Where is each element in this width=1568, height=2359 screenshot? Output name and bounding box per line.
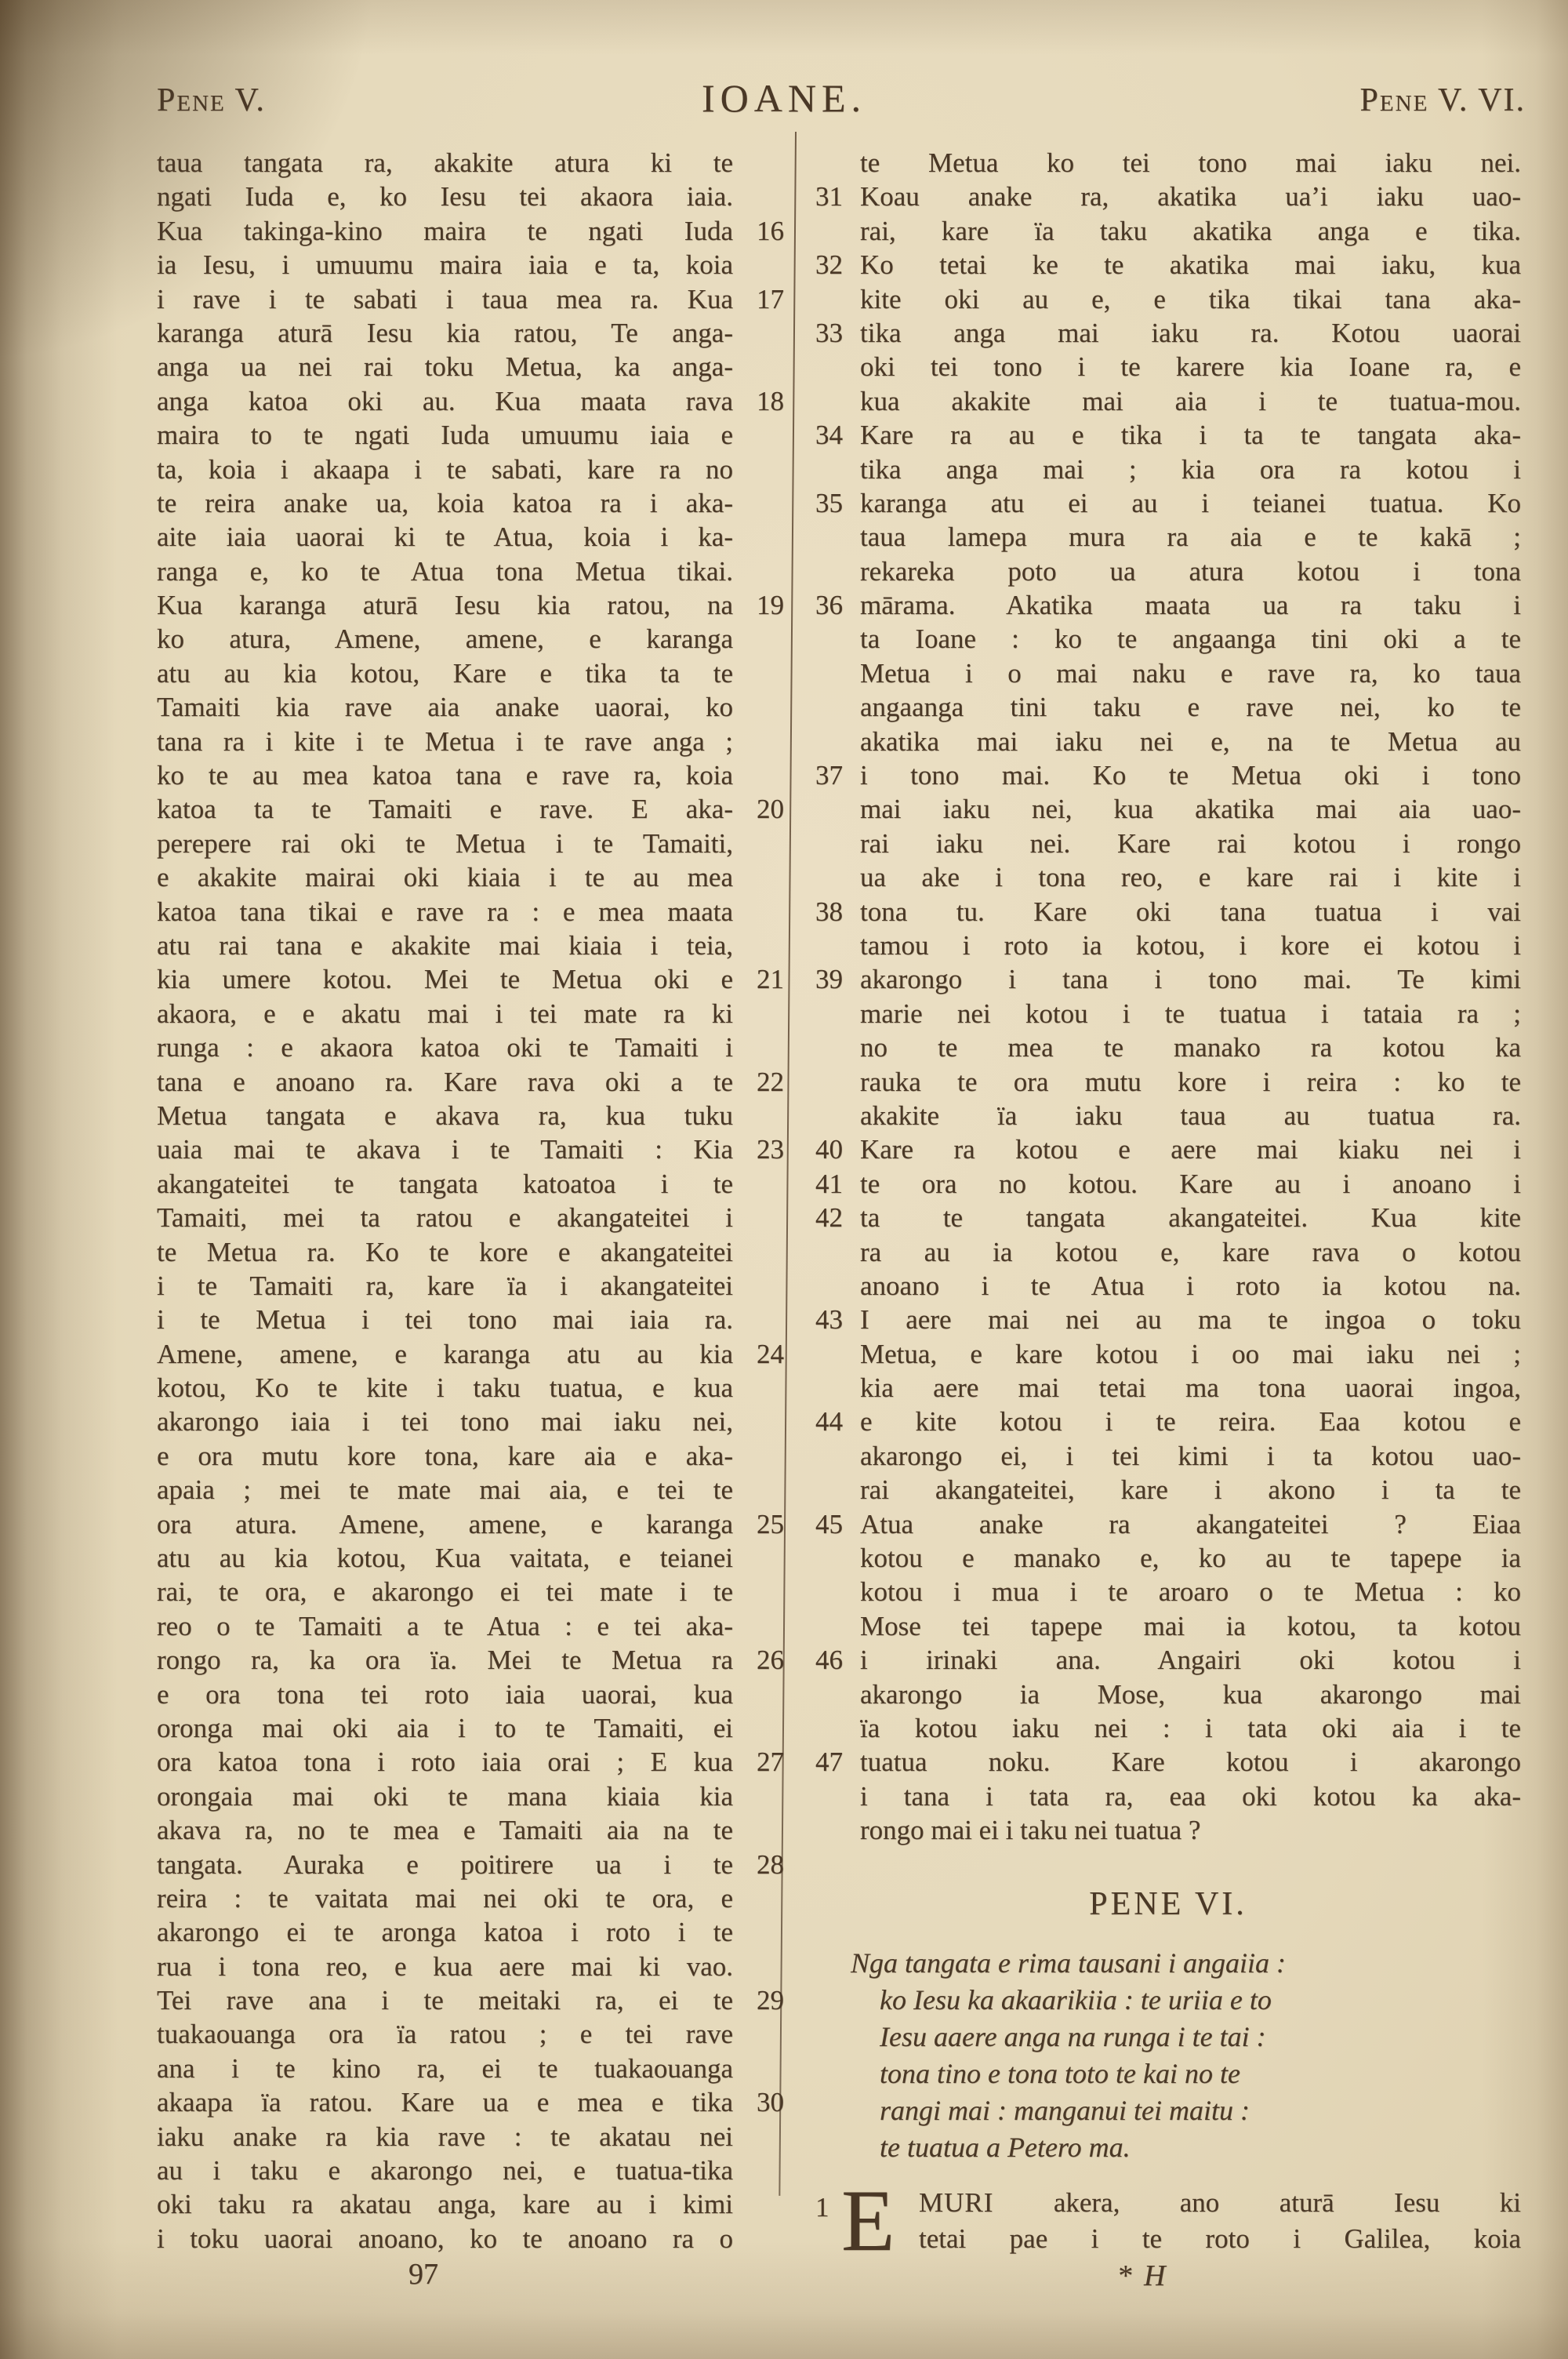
text-line: akarongo ei, i tei kimi i ta kotou uao-: [815, 1439, 1521, 1473]
chapter-heading: PENE VI.: [815, 1885, 1521, 1923]
text-line: aite iaia uaorai ki te Atua, koia i ka-: [157, 520, 784, 554]
line-text: tamou i roto ia kotou, i kore ei kotou i: [860, 929, 1521, 962]
text-line: akarongo ei te aronga katoa i roto i te: [157, 1915, 784, 1949]
text-line: akarongo ia Mose, kua akarongo mai: [815, 1677, 1521, 1711]
verse-number: 22: [741, 1065, 784, 1099]
text-line: 22tana e anoano ra. Kare rava oki a te: [157, 1065, 784, 1099]
summary-line: Iesu aaere anga na runga i te tai :: [851, 2019, 1525, 2055]
line-text: kotou, Ko te kite i taku tuatua, e kua: [157, 1371, 733, 1405]
text-line: 34Kare ra au e tika i ta te tangata aka-: [815, 418, 1521, 452]
line-text: ta, koia i akaapa i te sabati, kare ra n…: [157, 453, 733, 486]
verse-number: 41: [815, 1167, 856, 1201]
line-text: uaia mai te akava i te Tamaiti : Kia: [157, 1132, 733, 1166]
line-text: Kua karanga aturā Iesu kia ratou, na: [157, 588, 733, 622]
line-text: karanga atu ei au i teianei tuatua. Ko: [860, 486, 1521, 520]
verse-number: 1: [815, 2190, 829, 2226]
line-text: e ora tona tei roto iaia uaorai, kua: [157, 1677, 733, 1711]
line-text: rongo mai ei i taku nei tuatua ?: [860, 1813, 1521, 1847]
text-line: mai iaku nei, kua akatika mai aia uao-: [815, 792, 1521, 826]
text-line: ïa kotou iaku nei : i tata oki aia i te: [815, 1711, 1521, 1745]
line-text: reira : te vaitata mai nei oki te ora, e: [157, 1881, 733, 1915]
text-line: 46i irinaki ana. Angairi oki kotou i: [815, 1643, 1521, 1677]
line-text: Mose tei tapepe mai ia kotou, ta kotou: [860, 1609, 1521, 1643]
line-text: akakite ïa iaku taua au tuatua ra.: [860, 1099, 1521, 1132]
text-line: tana ra i kite i te Metua i te rave anga…: [157, 725, 784, 758]
text-line: iaku anake ra kia rave : te akatau nei: [157, 2120, 784, 2154]
text-line: marie nei kotou i te tuatua i tataia ra …: [815, 997, 1521, 1030]
line-text: ngati Iuda e, ko Iesu tei akaora iaia.: [157, 180, 733, 213]
text-line: 39akarongo i tana i tono mai. Te kimi: [815, 962, 1521, 996]
text-line: atu rai tana e akakite mai kiaia i teia,: [157, 929, 784, 962]
line-text: e ora mutu kore tona, kare aia e aka-: [157, 1439, 733, 1473]
text-line: 43I aere mai nei au ma te ingoa o toku: [815, 1303, 1521, 1336]
line-text: kite oki au e, e tika tikai tana aka-: [860, 282, 1521, 316]
verse-number: 42: [815, 1201, 856, 1234]
text-line: 35karanga atu ei au i teianei tuatua. Ko: [815, 486, 1521, 520]
text-line: kotou, Ko te kite i taku tuatua, e kua: [157, 1371, 784, 1405]
summary-line: tona tino e tona toto te kai no te: [851, 2055, 1525, 2092]
verse-number: 43: [815, 1303, 856, 1336]
text-line: 38tona tu. Kare oki tana tuatua i vai: [815, 895, 1521, 929]
page-number: 97: [376, 2257, 470, 2292]
book-page: Pene V. IOANE. Pene V. VI. taua tangata …: [0, 0, 1568, 2359]
text-line: perepere rai oki te Metua i te Tamaiti,: [157, 827, 784, 860]
text-line: te reira anake ua, koia katoa ra i aka-: [157, 486, 784, 520]
line-text: akarongo ia Mose, kua akarongo mai: [860, 1677, 1521, 1711]
text-line: akarongo iaia i tei tono mai iaku nei,: [157, 1405, 784, 1438]
line-text: Tamaiti, mei ta ratou e akangateitei i: [157, 1201, 733, 1234]
line-text: ko te au mea katoa tana e rave ra, koia: [157, 758, 733, 792]
text-line: atu au kia kotou, Kare e tika ta te: [157, 656, 784, 690]
running-head-title: IOANE.: [0, 75, 1568, 121]
line-text: i rave i te sabati i taua mea ra. Kua: [157, 282, 733, 316]
line-text: tana ra i kite i te Metua i te rave anga…: [157, 725, 733, 758]
text-line: rai, te ora, e akarongo ei tei mate i te: [157, 1575, 784, 1608]
line-text: mai iaku nei, kua akatika mai aia uao-: [860, 792, 1521, 826]
text-line: rua i tona reo, e kua aere mai ki vao.: [157, 1950, 784, 1983]
line-text: iaku anake ra kia rave : te akatau nei: [157, 2120, 733, 2154]
line-text: no te mea te manako ra kotou ka: [860, 1030, 1521, 1064]
line-text: katoa tana tikai e rave ra : e mea maata: [157, 895, 733, 929]
line-text: kia aere mai tetai ma tona uaorai ingoa,: [860, 1371, 1521, 1405]
text-line: rai iaku nei. Kare rai kotou i rongo: [815, 827, 1521, 860]
text-line: atu au kia kotou, Kua vaitata, e teianei: [157, 1541, 784, 1575]
verse-number: 38: [815, 895, 856, 929]
text-line: Metua tangata e akava ra, kua tuku: [157, 1099, 784, 1132]
line-text: kia umere kotou. Mei te Metua oki e: [157, 962, 733, 996]
line-text: Amene, amene, e karanga atu au kia: [157, 1337, 733, 1371]
summary-line: ko Iesu ka akaarikiia : te uriia e to: [851, 1982, 1525, 2019]
line-text: anoano i te Atua i roto ia kotou na.: [860, 1269, 1521, 1303]
text-line: taua tangata ra, akakite atura ki te: [157, 146, 784, 180]
text-line: katoa tana tikai e rave ra : e mea maata: [157, 895, 784, 929]
verse-number: 44: [815, 1405, 856, 1438]
text-line: e ora mutu kore tona, kare aia e aka-: [157, 1439, 784, 1473]
line-text: akaapa ïa ratou. Kare ua e mea e tika: [157, 2085, 733, 2119]
text-line: kua akakite mai aia i te tuatua-mou.: [815, 384, 1521, 418]
line-text: Tamaiti kia rave aia anake uaorai, ko: [157, 690, 733, 724]
line-text: akava ra, no te mea e Tamaiti aia na te: [157, 1813, 733, 1847]
text-line: ngati Iuda e, ko Iesu tei akaora iaia.: [157, 180, 784, 213]
line-text: atu au kia kotou, Kua vaitata, e teianei: [157, 1541, 733, 1575]
text-line: ia Iesu, i umuumu maira iaia e ta, koia: [157, 248, 784, 282]
text-line: e akakite mairai oki kiaia i te au mea: [157, 860, 784, 894]
line-text: tuakaouanga ora ïa ratou ; e tei rave: [157, 2017, 733, 2051]
text-line: karanga aturā Iesu kia ratou, Te anga-: [157, 316, 784, 350]
line-text: akaora, e e akatu mai i tei mate ra ki: [157, 997, 733, 1030]
line-text: i tono mai. Ko te Metua oki i tono: [860, 758, 1521, 792]
line-text: i te Metua i tei tono mai iaia ra.: [157, 1303, 733, 1336]
line-text: katoa ta te Tamaiti e rave. E aka-: [157, 792, 733, 826]
text-line: Tamaiti, mei ta ratou e akangateitei i: [157, 1201, 784, 1234]
text-line: 41te ora no kotou. Kare au i anoano i: [815, 1167, 1521, 1201]
line-text: akarongo i tana i tono mai. Te kimi: [860, 962, 1521, 996]
text-line: oki taku ra akatau anga, kare au i kimi: [157, 2187, 784, 2221]
line-text: maira to te ngati Iuda umuumu iaia e: [157, 418, 733, 452]
text-line: ta, koia i akaapa i te sabati, kare ra n…: [157, 453, 784, 486]
verse-number: 24: [741, 1337, 784, 1371]
line-text: oki taku ra akatau anga, kare au i kimi: [157, 2187, 733, 2221]
text-line: te Metua ra. Ko te kore e akangateitei: [157, 1235, 784, 1269]
text-line: kia aere mai tetai ma tona uaorai ingoa,: [815, 1371, 1521, 1405]
drop-cap: E: [841, 2185, 895, 2257]
line-text: ora atura. Amene, amene, e karanga: [157, 1507, 733, 1541]
verse-number: 28: [741, 1848, 784, 1881]
text-line: rongo mai ei i taku nei tuatua ?: [815, 1813, 1521, 1847]
line-text: rongo ra, ka ora ïa. Mei te Metua ra: [157, 1643, 733, 1677]
line-text: apaia ; mei te mate mai aia, e tei te: [157, 1473, 733, 1507]
line-text: akarongo ei, i tei kimi i ta kotou uao-: [860, 1439, 1521, 1473]
text-line: akaora, e e akatu mai i tei mate ra ki: [157, 997, 784, 1030]
line-text: ranga e, ko te Atua tona Metua tikai.: [157, 554, 733, 588]
text-line: tika anga mai ; kia ora ra kotou i: [815, 453, 1521, 486]
line-text: oki tei tono i te karere kia Ioane ra, e: [860, 350, 1521, 383]
text-line: 21kia umere kotou. Mei te Metua oki e: [157, 962, 784, 996]
verse-number: 16: [741, 214, 784, 248]
line-text: Koau anake ra, akatika ua’i iaku uao-: [860, 180, 1521, 213]
line-text: marie nei kotou i te tuatua i tataia ra …: [860, 997, 1521, 1030]
line-text: te Metua ra. Ko te kore e akangateitei: [157, 1235, 733, 1269]
verse-number: 46: [815, 1643, 856, 1677]
verse-number: 32: [815, 248, 856, 282]
line-text: anga katoa oki au. Kua maata rava: [157, 384, 733, 418]
text-line: ko atura, Amene, amene, e karanga: [157, 622, 784, 656]
text-line: MURI akera, ano aturā Iesu ki: [919, 2185, 1521, 2221]
text-line: 31Koau anake ra, akatika ua’i iaku uao-: [815, 180, 1521, 213]
line-text: aite iaia uaorai ki te Atua, koia i ka-: [157, 520, 733, 554]
text-line: runga : e akaora katoa oki te Tamaiti i: [157, 1030, 784, 1064]
verse-number: 23: [741, 1132, 784, 1166]
text-line: rauka te ora mutu kore i reira : ko te: [815, 1065, 1521, 1099]
verse-number: 18: [741, 384, 784, 418]
verse-number: 21: [741, 962, 784, 996]
text-line: tuakaouanga ora ïa ratou ; e tei rave: [157, 2017, 784, 2051]
line-text: au i taku e akarongo nei, e tuatua-tika: [157, 2154, 733, 2187]
line-text: ta te tangata akangateitei. Kua kite: [860, 1201, 1521, 1234]
text-line: rai akangateitei, kare i akono i ta te: [815, 1473, 1521, 1507]
line-text: tika anga mai iaku ra. Kotou uaorai: [860, 316, 1521, 350]
line-text: ïa kotou iaku nei : i tata oki aia i te: [860, 1711, 1521, 1745]
text-column-right: te Metua ko tei tono mai iaku nei.31Koau…: [815, 146, 1521, 1848]
verse-number: 30: [741, 2085, 784, 2119]
text-line: anoano i te Atua i roto ia kotou na.: [815, 1269, 1521, 1303]
line-text: i tana i tata ra, eaa oki kotou ka aka-: [860, 1779, 1521, 1813]
line-text: karanga aturā Iesu kia ratou, Te anga-: [157, 316, 733, 350]
text-line: te Metua ko tei tono mai iaku nei.: [815, 146, 1521, 180]
text-line: akangateitei te tangata katoatoa i te: [157, 1167, 784, 1201]
text-line: Tamaiti kia rave aia anake uaorai, ko: [157, 690, 784, 724]
verse-number: 34: [815, 418, 856, 452]
text-line: 28tangata. Auraka e poitirere ua i te: [157, 1848, 784, 1881]
line-text: Kua takinga-kino maira te ngati Iuda: [157, 214, 733, 248]
line-text: mārama. Akatika maata ua ra taku i: [860, 588, 1521, 622]
line-text: atu au kia kotou, Kare e tika ta te: [157, 656, 733, 690]
line-text: Tei rave ana i te meitaki ra, ei te: [157, 1983, 733, 2017]
verse-number: 47: [815, 1745, 856, 1779]
verse-number: 31: [815, 180, 856, 213]
line-text: tana e anoano ra. Kare rava oki a te: [157, 1065, 733, 1099]
text-line: 17i rave i te sabati i taua mea ra. Kua: [157, 282, 784, 316]
line-text: ua ake i tona reo, e kare rai i kite i: [860, 860, 1521, 894]
text-line: reo o te Tamaiti a te Atua : e tei aka-: [157, 1609, 784, 1643]
text-line: au i taku e akarongo nei, e tuatua-tika: [157, 2154, 784, 2187]
line-text: reo o te Tamaiti a te Atua : e tei aka-: [157, 1609, 733, 1643]
text-line: 18anga katoa oki au. Kua maata rava: [157, 384, 784, 418]
text-line: kite oki au e, e tika tikai tana aka-: [815, 282, 1521, 316]
line-text: runga : e akaora katoa oki te Tamaiti i: [157, 1030, 733, 1064]
line-text: Ko tetai ke te akatika mai iaku, kua: [860, 248, 1521, 282]
line-text: rai iaku nei. Kare rai kotou i rongo: [860, 827, 1521, 860]
text-line: ta Ioane : ko te angaanga tini oki a te: [815, 622, 1521, 656]
line-text: Metua, e kare kotou i oo mai iaku nei ;: [860, 1337, 1521, 1371]
text-line: e ora tona tei roto iaia uaorai, kua: [157, 1677, 784, 1711]
verse-number: 27: [741, 1745, 784, 1779]
text-line: i tana i tata ra, eaa oki kotou ka aka-: [815, 1779, 1521, 1813]
text-line: i toku uaorai anoano, ko te anoano ra o: [157, 2222, 784, 2255]
text-line: Metua, e kare kotou i oo mai iaku nei ;: [815, 1337, 1521, 1371]
text-line: Metua i o mai naku e rave ra, ko taua: [815, 656, 1521, 690]
summary-line: rangi mai : manganui tei maitu :: [851, 2092, 1525, 2129]
text-line: ana i te kino ra, ei te tuakaouanga: [157, 2052, 784, 2085]
text-line: akakite ïa iaku taua au tuatua ra.: [815, 1099, 1521, 1132]
line-text: angaanga tini taku e rave nei, ko te: [860, 690, 1521, 724]
text-line: 45Atua anake ra akangateitei ? Eiaa: [815, 1507, 1521, 1541]
line-text: I aere mai nei au ma te ingoa o toku: [860, 1303, 1521, 1336]
line-text: i irinaki ana. Angairi oki kotou i: [860, 1643, 1521, 1677]
text-line: 27ora katoa tona i roto iaia orai ; E ku…: [157, 1745, 784, 1779]
verse-number: 29: [741, 1983, 784, 2017]
line-text: Atua anake ra akangateitei ? Eiaa: [860, 1507, 1521, 1541]
line-text: ia Iesu, i umuumu maira iaia e ta, koia: [157, 248, 733, 282]
line-text: akangateitei te tangata katoatoa i te: [157, 1167, 733, 1201]
verse-number: 19: [741, 588, 784, 622]
line-text: taua tangata ra, akakite atura ki te: [157, 146, 733, 180]
chapter-summary: Nga tangata e rima tausani i angaiia :ko…: [851, 1945, 1525, 2166]
line-text: rai akangateitei, kare i akono i ta te: [860, 1473, 1521, 1507]
text-line: 30akaapa ïa ratou. Kare ua e mea e tika: [157, 2085, 784, 2119]
line-text: ko atura, Amene, amene, e karanga: [157, 622, 733, 656]
verse-number: 35: [815, 486, 856, 520]
text-line: 36mārama. Akatika maata ua ra taku i: [815, 588, 1521, 622]
text-line: 33tika anga mai iaku ra. Kotou uaorai: [815, 316, 1521, 350]
text-line: rekareka poto ua atura kotou i tona: [815, 554, 1521, 588]
text-line: 24Amene, amene, e karanga atu au kia: [157, 1337, 784, 1371]
text-line: Mose tei tapepe mai ia kotou, ta kotou: [815, 1609, 1521, 1643]
text-column-left: taua tangata ra, akakite atura ki tengat…: [157, 146, 784, 2255]
line-text: ta Ioane : ko te angaanga tini oki a te: [860, 622, 1521, 656]
text-line: 19Kua karanga aturā Iesu kia ratou, na: [157, 588, 784, 622]
line-text: kua akakite mai aia i te tuatua-mou.: [860, 384, 1521, 418]
line-text: tangata. Auraka e poitirere ua i te: [157, 1848, 733, 1881]
line-text: orongaia mai oki te mana kiaia kia: [157, 1779, 733, 1813]
line-text: Metua i o mai naku e rave ra, ko taua: [860, 656, 1521, 690]
verse-number: 17: [741, 282, 784, 316]
text-line: 16Kua takinga-kino maira te ngati Iuda: [157, 214, 784, 248]
line-text: rai, kare ïa taku akatika anga e tika.: [860, 214, 1521, 248]
line-text: te reira anake ua, koia katoa ra i aka-: [157, 486, 733, 520]
line-text: te ora no kotou. Kare au i anoano i: [860, 1167, 1521, 1201]
text-line: 44e kite kotou i te reira. Eaa kotou e: [815, 1405, 1521, 1438]
text-line: taua lamepa mura ra aia e te kakā ;: [815, 520, 1521, 554]
text-line: akatika mai iaku nei e, na te Metua au: [815, 725, 1521, 758]
text-line: rai, kare ïa taku akatika anga e tika.: [815, 214, 1521, 248]
text-line: apaia ; mei te mate mai aia, e tei te: [157, 1473, 784, 1507]
first-word-caps: MURI: [919, 2187, 993, 2218]
line-text: atu rai tana e akakite mai kiaia i teia,: [157, 929, 733, 962]
text-line: 42ta te tangata akangateitei. Kua kite: [815, 1201, 1521, 1234]
text-line: anga ua nei rai toku Metua, ka anga-: [157, 350, 784, 383]
verse-number: 26: [741, 1643, 784, 1677]
text-line: oronga mai oki aia i to te Tamaiti, ei: [157, 1711, 784, 1745]
text-line: orongaia mai oki te mana kiaia kia: [157, 1779, 784, 1813]
text-line: 25ora atura. Amene, amene, e karanga: [157, 1507, 784, 1541]
line-text: tika anga mai ; kia ora ra kotou i: [860, 453, 1521, 486]
verse-number: 20: [741, 792, 784, 826]
text-line: 32Ko tetai ke te akatika mai iaku, kua: [815, 248, 1521, 282]
line-text: e akakite mairai oki kiaia i te au mea: [157, 860, 733, 894]
line-text: ora katoa tona i roto iaia orai ; E kua: [157, 1745, 733, 1779]
text-line: 29Tei rave ana i te meitaki ra, ei te: [157, 1983, 784, 2017]
text-line: ra au ia kotou e, kare rava o kotou: [815, 1235, 1521, 1269]
line-text: rua i tona reo, e kua aere mai ki vao.: [157, 1950, 733, 1983]
text-line: i te Metua i tei tono mai iaia ra.: [157, 1303, 784, 1336]
verse-number: 36: [815, 588, 856, 622]
text-line: 23uaia mai te akava i te Tamaiti : Kia: [157, 1132, 784, 1166]
line-text: Kare ra kotou e aere mai kiaku nei i: [860, 1132, 1521, 1166]
text-line: 37i tono mai. Ko te Metua oki i tono: [815, 758, 1521, 792]
text-line: tetai pae i te roto i Galilea, koia: [919, 2221, 1521, 2257]
line-text: Metua tangata e akava ra, kua tuku: [157, 1099, 733, 1132]
text-line: 40Kare ra kotou e aere mai kiaku nei i: [815, 1132, 1521, 1166]
text-line: ko te au mea katoa tana e rave ra, koia: [157, 758, 784, 792]
text-line: no te mea te manako ra kotou ka: [815, 1030, 1521, 1064]
line-text: anga ua nei rai toku Metua, ka anga-: [157, 350, 733, 383]
text-line: kotou e manako e, ko au te tapepe ia: [815, 1541, 1521, 1575]
text-line: 20katoa ta te Tamaiti e rave. E aka-: [157, 792, 784, 826]
line-text: te Metua ko tei tono mai iaku nei.: [860, 146, 1521, 180]
line-text: kotou i mua i te aroaro o te Metua : ko: [860, 1575, 1521, 1608]
line-text: i te Tamaiti ra, kare ïa i akangateitei: [157, 1269, 733, 1303]
summary-line: te tuatua a Petero ma.: [851, 2129, 1525, 2166]
verse-1-text: MURI akera, ano aturā Iesu ki tetai pae …: [919, 2185, 1521, 2257]
signature-mark: * H: [1091, 2259, 1193, 2293]
text-line: 47tuatua noku. Kare kotou i akarongo: [815, 1745, 1521, 1779]
verse-number: 39: [815, 962, 856, 996]
text-line: oki tei tono i te karere kia Ioane ra, e: [815, 350, 1521, 383]
summary-line: Nga tangata e rima tausani i angaiia :: [851, 1945, 1525, 1982]
verse-number: 37: [815, 758, 856, 792]
line-text: akarongo iaia i tei tono mai iaku nei,: [157, 1405, 733, 1438]
running-head-right: Pene V. VI.: [1360, 82, 1526, 119]
line-text: taua lamepa mura ra aia e te kakā ;: [860, 520, 1521, 554]
line-text: Kare ra au e tika i ta te tangata aka-: [860, 418, 1521, 452]
line-text: tuatua noku. Kare kotou i akarongo: [860, 1745, 1521, 1779]
text-line: kotou i mua i te aroaro o te Metua : ko: [815, 1575, 1521, 1608]
verse-number: 45: [815, 1507, 856, 1541]
line-text: i toku uaorai anoano, ko te anoano ra o: [157, 2222, 733, 2255]
text-line: maira to te ngati Iuda umuumu iaia e: [157, 418, 784, 452]
line-text: rai, te ora, e akarongo ei tei mate i te: [157, 1575, 733, 1608]
text-line: reira : te vaitata mai nei oki te ora, e: [157, 1881, 784, 1915]
text-line: ua ake i tona reo, e kare rai i kite i: [815, 860, 1521, 894]
line-text: ana i te kino ra, ei te tuakaouanga: [157, 2052, 733, 2085]
verse-1-block: 1 E MURI akera, ano aturā Iesu ki tetai …: [815, 2185, 1521, 2257]
verse-number: 33: [815, 316, 856, 350]
line-text: e kite kotou i te reira. Eaa kotou e: [860, 1405, 1521, 1438]
text-line: akava ra, no te mea e Tamaiti aia na te: [157, 1813, 784, 1847]
text-line: ranga e, ko te Atua tona Metua tikai.: [157, 554, 784, 588]
line-continuation: akera, ano aturā Iesu ki: [993, 2187, 1521, 2218]
text-line: 26rongo ra, ka ora ïa. Mei te Metua ra: [157, 1643, 784, 1677]
line-text: oronga mai oki aia i to te Tamaiti, ei: [157, 1711, 733, 1745]
text-line: i te Tamaiti ra, kare ïa i akangateitei: [157, 1269, 784, 1303]
line-text: kotou e manako e, ko au te tapepe ia: [860, 1541, 1521, 1575]
line-text: ra au ia kotou e, kare rava o kotou: [860, 1235, 1521, 1269]
line-text: akatika mai iaku nei e, na te Metua au: [860, 725, 1521, 758]
line-text: rauka te ora mutu kore i reira : ko te: [860, 1065, 1521, 1099]
verse-number: 40: [815, 1132, 856, 1166]
line-text: perepere rai oki te Metua i te Tamaiti,: [157, 827, 733, 860]
text-line: angaanga tini taku e rave nei, ko te: [815, 690, 1521, 724]
line-text: rekareka poto ua atura kotou i tona: [860, 554, 1521, 588]
verse-number: 25: [741, 1507, 784, 1541]
text-line: tamou i roto ia kotou, i kore ei kotou i: [815, 929, 1521, 962]
line-text: tona tu. Kare oki tana tuatua i vai: [860, 895, 1521, 929]
line-text: akarongo ei te aronga katoa i roto i te: [157, 1915, 733, 1949]
